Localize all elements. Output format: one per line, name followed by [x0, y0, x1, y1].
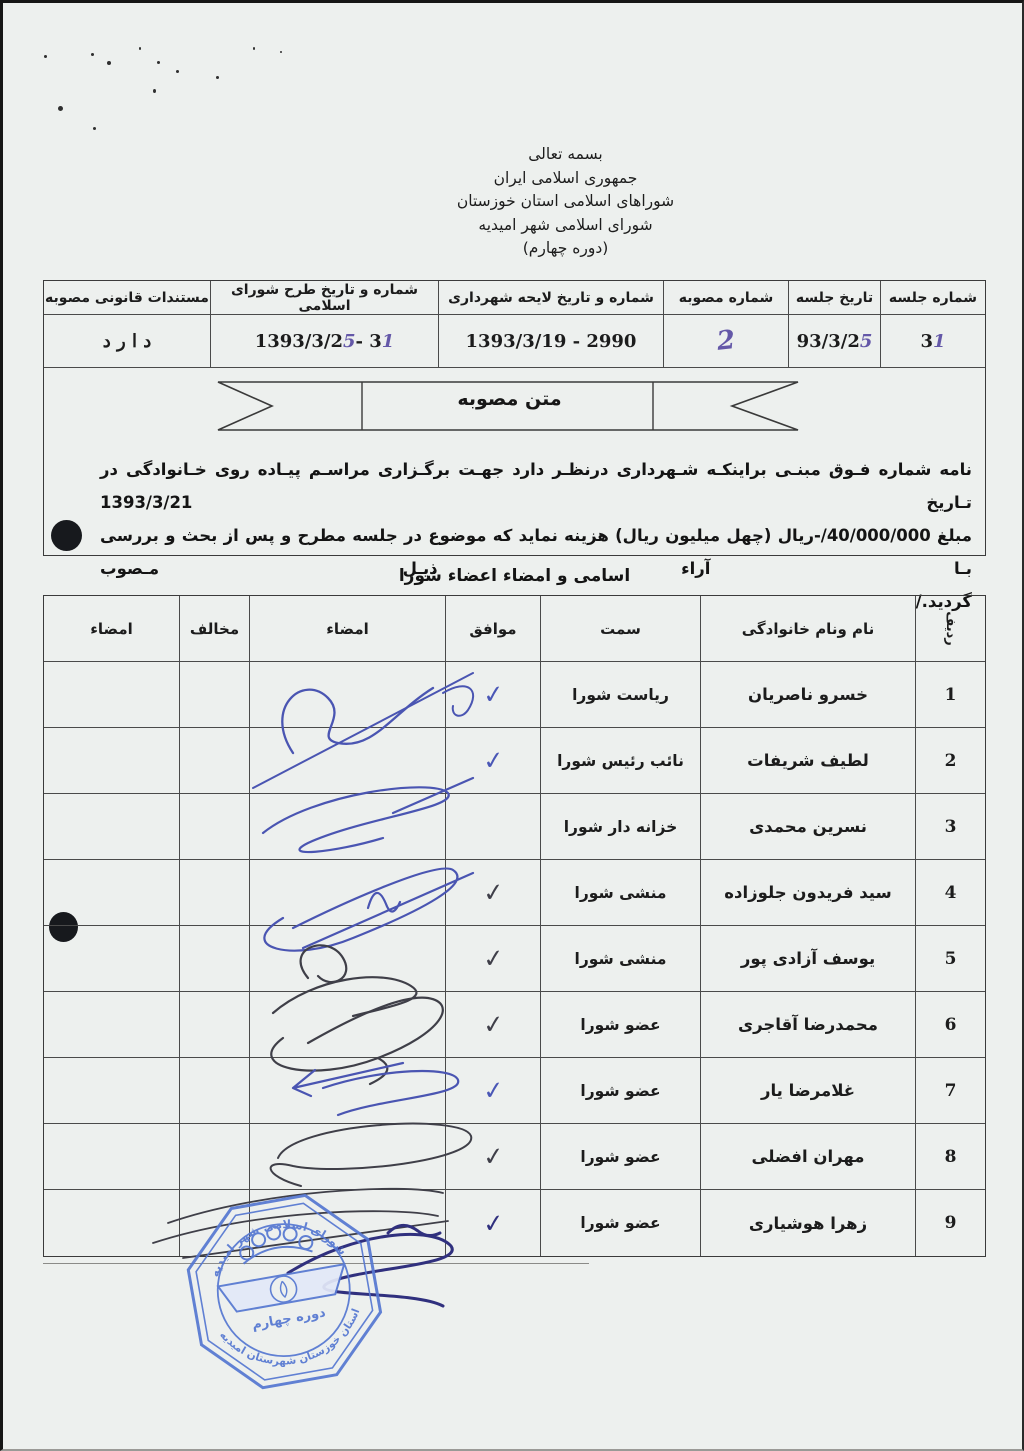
- session-number-printed: 3: [920, 331, 933, 352]
- table-row: 9 زهرا هوشیاری عضو شورا ✓: [44, 1190, 985, 1256]
- amount-value: -/40/000/000: [814, 526, 931, 545]
- oppose-cell: [179, 1190, 249, 1256]
- member-role: عضو شورا: [540, 992, 700, 1057]
- city-council-line: شورای اسلامی شهر امیدیه: [93, 214, 1024, 238]
- approval-checkmark: ✓: [481, 1075, 505, 1106]
- header-agree: موافق: [445, 596, 540, 661]
- stamp-emblem-tulip: [279, 1281, 288, 1298]
- signature-cell-2: [44, 860, 179, 925]
- member-name: محمدرضا آقاجری: [700, 992, 915, 1057]
- signature-cell-2: [44, 1058, 179, 1123]
- table-row: 2 لطیف شریفات نائب رئیس شورا ✓: [44, 728, 985, 794]
- header-row-number: ردیف: [915, 596, 985, 661]
- member-role: نائب رئیس شورا: [540, 728, 700, 793]
- scan-speck: [44, 55, 47, 58]
- approval-checkmark: ✓: [481, 745, 505, 776]
- country-line: جمهوری اسلامی ایران: [93, 167, 1024, 191]
- signature-cell: [249, 860, 445, 925]
- table-row: 4 سید فریدون جلوزاده منشی شورا ✓: [44, 860, 985, 926]
- signature-cell: [249, 1124, 445, 1189]
- member-row-number: 6: [915, 992, 985, 1057]
- hole-punch-mark: [51, 520, 82, 551]
- members-signature-table: ردیف نام ونام خانوادگی سمت موافق امضاء م…: [43, 595, 986, 1257]
- member-name: سید فریدون جلوزاده: [700, 860, 915, 925]
- oppose-cell: [179, 860, 249, 925]
- bill-number-date-value: 1393/3/19 - 2990: [438, 315, 663, 367]
- plan-date-printed: 1393/3/2: [255, 331, 343, 352]
- member-row-number: 2: [915, 728, 985, 793]
- table-row: 5 یوسف آزادی پور منشی شورا ✓: [44, 926, 985, 992]
- oppose-cell: [179, 794, 249, 859]
- signature-cell: [249, 926, 445, 991]
- agree-cell: ✓: [445, 1190, 540, 1256]
- meta-values-row: 31 93/3/25 2 1393/3/19 - 2990 1393/3/25 …: [44, 315, 985, 368]
- session-meta-table: شماره جلسه تاریخ جلسه شماره مصوبه شماره …: [43, 280, 986, 556]
- scan-speck: [157, 61, 160, 64]
- member-row-number: 8: [915, 1124, 985, 1189]
- signature-cell: [249, 794, 445, 859]
- header-full-name: نام ونام خانوادگی: [700, 596, 915, 661]
- member-role: ریاست شورا: [540, 662, 700, 727]
- signature-cell-2: [44, 728, 179, 793]
- approval-checkmark: ✓: [481, 877, 505, 908]
- signature-cell: [249, 1190, 445, 1256]
- session-date-handwritten: 5: [860, 331, 873, 352]
- legal-docs-value: د ا ر د: [44, 315, 210, 367]
- signature-cell: [249, 992, 445, 1057]
- signature-cell: [249, 728, 445, 793]
- agree-cell: ✓: [445, 662, 540, 727]
- besmellah-line: بسمه تعالی: [93, 143, 1024, 167]
- table-row: 8 مهران افضلی عضو شورا ✓: [44, 1124, 985, 1190]
- oppose-cell: [179, 662, 249, 727]
- header-signature: امضاء: [249, 596, 445, 661]
- letterhead: بسمه تعالی جمهوری اسلامی ایران شوراهای ا…: [93, 143, 1024, 261]
- signature-cell-2: [44, 662, 179, 727]
- header-resolution-number: شماره مصوبه: [663, 281, 788, 314]
- amount-prefix: مبلغ: [931, 526, 972, 545]
- signature-cell-2: [44, 1124, 179, 1189]
- stamp-term-text: دوره چهارم: [251, 1305, 327, 1333]
- header-bill-number-date: شماره و تاریخ لایحه شهرداری: [438, 281, 663, 314]
- oppose-cell: [179, 1058, 249, 1123]
- signature-cell: [249, 662, 445, 727]
- plan-number-date-value: 1393/3/25 - 31: [210, 315, 438, 367]
- agree-cell: ✓: [445, 1124, 540, 1189]
- member-name: مهران افضلی: [700, 1124, 915, 1189]
- approval-checkmark: ✓: [481, 943, 505, 974]
- oppose-cell: [179, 926, 249, 991]
- header-session-number: شماره جلسه: [880, 281, 985, 314]
- scan-speck: [216, 76, 219, 79]
- members-header-row: ردیف نام ونام خانوادگی سمت موافق امضاء م…: [44, 596, 985, 662]
- table-row: 7 غلامرضا یار عضو شورا ✓: [44, 1058, 985, 1124]
- scan-speck: [176, 70, 179, 73]
- member-name: غلامرضا یار: [700, 1058, 915, 1123]
- member-role: منشی شورا: [540, 926, 700, 991]
- header-session-date: تاریخ جلسه: [788, 281, 880, 314]
- resolution-line-1: نامه شماره فـوق مبنـی براینکـه شـهرداری …: [100, 453, 972, 519]
- row-number-label: ردیف: [943, 611, 958, 646]
- approval-checkmark: ✓: [481, 1009, 505, 1040]
- approval-checkmark: ✓: [481, 679, 505, 710]
- approval-checkmark: ✓: [481, 1207, 505, 1238]
- signature-cell-2: [44, 992, 179, 1057]
- scan-speck: [58, 106, 63, 111]
- stamp-banner: [218, 1264, 349, 1314]
- resolution-text: نامه شماره فـوق مبنـی براینکـه شـهرداری …: [100, 453, 972, 618]
- members-section-title: اسامی و امضاء اعضاء شورا: [43, 566, 986, 586]
- member-name: لطیف شریفات: [700, 728, 915, 793]
- oppose-cell: [179, 728, 249, 793]
- agree-cell: ✓: [445, 926, 540, 991]
- table-row: 1 خسرو ناصریان ریاست شورا ✓: [44, 662, 985, 728]
- signature-cell: [249, 1058, 445, 1123]
- member-row-number: 5: [915, 926, 985, 991]
- agree-cell: ✓: [445, 728, 540, 793]
- plan-date-handwritten: 5: [343, 331, 356, 352]
- term-line: (دوره چهارم): [93, 237, 1024, 261]
- table-bottom-scan-line: [43, 1263, 589, 1264]
- signature-cell-2: [44, 1190, 179, 1256]
- table-row: 3 نسرین محمدی خزانه دار شورا: [44, 794, 985, 860]
- member-row-number: 9: [915, 1190, 985, 1256]
- resolution-banner-title: متن مصوبه: [364, 388, 655, 410]
- header-oppose: مخالف: [179, 596, 249, 661]
- plan-number-handwritten: 1: [382, 331, 395, 352]
- member-role: خزانه دار شورا: [540, 794, 700, 859]
- member-role: منشی شورا: [540, 860, 700, 925]
- meta-header-row: شماره جلسه تاریخ جلسه شماره مصوبه شماره …: [44, 281, 985, 315]
- session-date-printed: 93/3/2: [797, 331, 860, 352]
- header-signature-2: امضاء: [44, 596, 179, 661]
- member-name: زهرا هوشیاری: [700, 1190, 915, 1256]
- oppose-cell: [179, 1124, 249, 1189]
- scan-speck: [153, 89, 156, 93]
- agree-cell: [445, 794, 540, 859]
- oppose-cell: [179, 992, 249, 1057]
- scan-speck: [107, 61, 111, 65]
- member-row-number: 1: [915, 662, 985, 727]
- stamp-emblem-circle: [269, 1274, 299, 1304]
- session-date-value: 93/3/25: [788, 315, 880, 367]
- session-number-value: 31: [880, 315, 985, 367]
- member-name: خسرو ناصریان: [700, 662, 915, 727]
- table-row: 6 محمدرضا آقاجری عضو شورا ✓: [44, 992, 985, 1058]
- resolution-number-handwritten: 2: [715, 325, 736, 357]
- member-row-number: 3: [915, 794, 985, 859]
- signature-cell-2: [44, 794, 179, 859]
- agree-cell: ✓: [445, 992, 540, 1057]
- session-number-handwritten: 1: [933, 331, 946, 352]
- agree-cell: ✓: [445, 1058, 540, 1123]
- member-row-number: 7: [915, 1058, 985, 1123]
- resolution-number-value: 2: [663, 315, 788, 367]
- province-councils-line: شوراهای اسلامی استان خوزستان: [93, 190, 1024, 214]
- svg-text:استان خوزستان شهرستان امیدیه: استان خوزستان شهرستان امیدیه: [216, 1305, 370, 1379]
- member-role: عضو شورا: [540, 1058, 700, 1123]
- scan-speck: [139, 47, 141, 50]
- header-plan-number-date: شماره و تاریخ طرح شورای اسلامی: [210, 281, 438, 314]
- agree-cell: ✓: [445, 860, 540, 925]
- header-position: سمت: [540, 596, 700, 661]
- scan-speck: [253, 47, 255, 50]
- stamp-arc-bottom-text: استان خوزستان شهرستان امیدیه: [216, 1305, 370, 1379]
- approval-checkmark: ✓: [481, 1141, 505, 1172]
- member-role: عضو شورا: [540, 1124, 700, 1189]
- plan-number-printed: - 3: [356, 331, 382, 352]
- member-name: نسرین محمدی: [700, 794, 915, 859]
- scan-speck: [93, 127, 96, 130]
- scanned-document-page: بسمه تعالی جمهوری اسلامی ایران شوراهای ا…: [0, 0, 1024, 1451]
- scan-speck: [91, 53, 94, 56]
- scan-speck: [280, 51, 282, 53]
- signature-cell-2: [44, 926, 179, 991]
- member-name: یوسف آزادی پور: [700, 926, 915, 991]
- header-legal-docs: مستندات قانونی مصوبه: [44, 281, 210, 314]
- member-row-number: 4: [915, 860, 985, 925]
- member-role: عضو شورا: [540, 1190, 700, 1256]
